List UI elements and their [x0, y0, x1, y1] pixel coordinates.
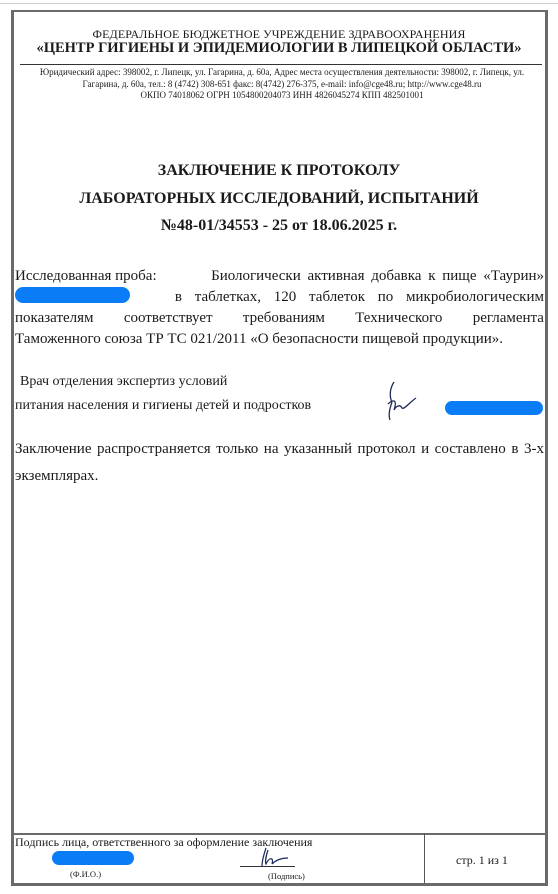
page-number: стр. 1 из 1: [456, 853, 508, 868]
word: показателям: [15, 308, 94, 329]
note-paragraph: Заключение распространяется только на ук…: [15, 436, 544, 490]
redacted-manufacturer: [15, 287, 130, 303]
sample-product: Биологически активная добавка к пище «Та…: [211, 266, 544, 287]
sample-line-1: Исследованная проба: Биологически активн…: [15, 266, 544, 287]
doc-title-line-2: ЛАБОРАТОРНЫХ ИССЛЕДОВАНИЙ, ИСПЫТАНИЙ: [0, 190, 558, 208]
sample-paragraph: Исследованная проба: Биологически активн…: [15, 266, 544, 350]
org-line-2: «ЦЕНТР ГИГИЕНЫ И ЭПИДЕМИОЛОГИИ В ЛИПЕЦКО…: [0, 40, 558, 57]
sample-line-4: Таможенного союза ТР ТС 021/2011 «О безо…: [15, 329, 544, 350]
sample-label: Исследованная проба:: [15, 266, 157, 287]
redacted-responsible-name: [52, 851, 134, 865]
address-line-2: Гагарина, д. 60а, тел.: 8 (4742) 308-651…: [22, 79, 542, 91]
sample-line-3: показателям соответствует требованиям Те…: [15, 308, 544, 329]
doctor-position-line-1: Врач отделения экспертиз условий: [20, 374, 227, 390]
fio-caption: (Ф.И.О.): [70, 869, 101, 879]
org-address: Юридический адрес: 398002, г. Липецк, ул…: [22, 67, 542, 102]
address-line-3: ОКПО 74018062 ОГРН 1054800204073 ИНН 482…: [22, 90, 542, 102]
doctor-signature-icon: [380, 380, 420, 424]
responsible-signature-icon: [256, 846, 292, 870]
word: Технического: [355, 308, 442, 329]
header-divider: [20, 64, 542, 65]
signature-caption: (Подпись): [268, 871, 305, 881]
address-line-1: Юридический адрес: 398002, г. Липецк, ул…: [22, 67, 542, 79]
word: соответствует: [124, 308, 213, 329]
sample-line-2: в таблетках, 120 таблеток по микробиолог…: [15, 287, 544, 308]
doc-title-line-1: ЗАКЛЮЧЕНИЕ К ПРОТОКОЛУ: [0, 162, 558, 180]
sample-form: в таблетках, 120 таблеток по микробиолог…: [175, 287, 544, 308]
word: требованиям: [243, 308, 325, 329]
doctor-position-line-2: питания населения и гигиены детей и подр…: [15, 398, 311, 414]
word: регламента: [473, 308, 544, 329]
doc-title-number: №48-01/34553 - 25 от 18.06.2025 г.: [0, 217, 558, 235]
page-top-edge: [0, 3, 558, 4]
footer-divider: [424, 833, 425, 883]
redacted-doctor-name: [445, 401, 543, 415]
